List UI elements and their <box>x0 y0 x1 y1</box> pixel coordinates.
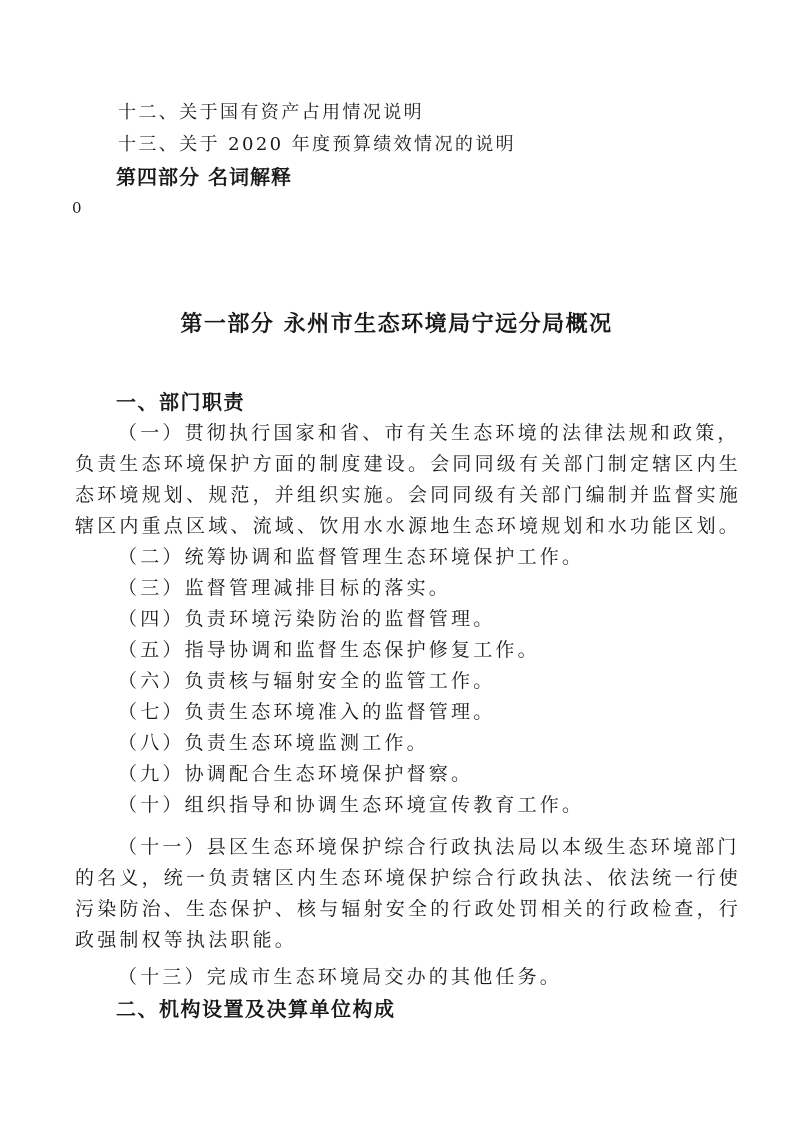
duty-11-line-3: 污染防治、生态保护、核与辐射安全的行政处罚相关的行政检查，行 <box>75 897 741 921</box>
duty-1-line-2: 负责生态环境保护方面的制度建设。会同同级有关部门制定辖区内生 <box>75 452 741 476</box>
toc-item-12: 十二、关于国有资产占用情况说明 <box>118 101 424 125</box>
duty-11-line-2: 的名义，统一负责辖区内生态环境保护综合行政执法、依法统一行使 <box>75 866 741 890</box>
duty-9: （九）协调配合生态环境保护督察。 <box>118 762 473 786</box>
duty-3: （三）监督管理减排目标的落实。 <box>118 576 451 600</box>
duty-10: （十）组织指导和协调生态环境宣传教育工作。 <box>118 793 584 817</box>
duty-5: （五）指导协调和监督生态保护修复工作。 <box>118 638 540 662</box>
part-1-title: 第一部分 永州市生态环境局宁远分局概况 <box>0 313 793 337</box>
duty-6: （六）负责核与辐射安全的监管工作。 <box>118 669 495 693</box>
duty-2: （二）统筹协调和监督管理生态环境保护工作。 <box>118 545 584 569</box>
duty-8: （八）负责生态环境监测工作。 <box>118 731 429 755</box>
section-2-heading: 二、机构设置及决算单位构成 <box>116 997 396 1021</box>
duty-11-line-4: 政强制权等执法职能。 <box>75 928 297 952</box>
duty-13: （十三）完成市生态环境局交办的其他任务。 <box>118 965 562 989</box>
toc-part-4-heading: 第四部分 名词解释 <box>116 165 292 189</box>
duty-7: （七）负责生态环境准入的监督管理。 <box>118 700 495 724</box>
toc-item-13: 十三、关于 2020 年度预算绩效情况的说明 <box>118 133 516 157</box>
duty-4: （四）负责环境污染防治的监督管理。 <box>118 607 495 631</box>
section-1-heading: 一、部门职责 <box>116 390 245 414</box>
duty-1-line-4: 辖区内重点区域、流域、饮用水水源地生态环境规划和水功能区划。 <box>75 514 741 538</box>
stray-page-mark: 0 <box>72 196 82 220</box>
duty-1-line-3: 态环境规划、规范，并组织实施。会同同级有关部门编制并监督实施 <box>75 483 741 507</box>
duty-11-line-1: （十一）县区生态环境保护综合行政执法局以本级生态环境部门 <box>118 835 740 859</box>
duty-1-line-1: （一）贯彻执行国家和省、市有关生态环境的法律法规和政策， <box>118 421 740 445</box>
